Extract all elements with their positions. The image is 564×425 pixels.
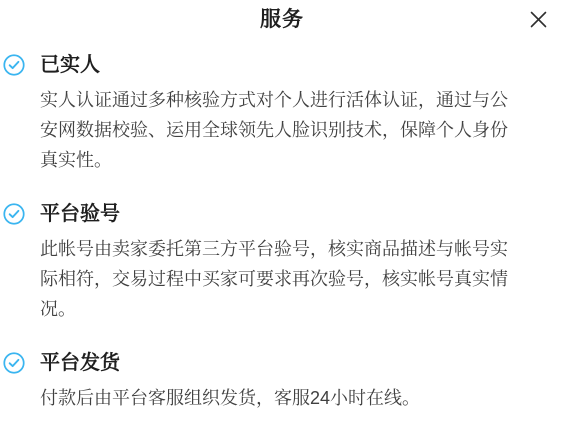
service-item-platform-delivery: 平台发货 付款后由平台客服组织发货，客服24小时在线。: [3, 351, 564, 413]
circle-check-icon: [3, 203, 25, 225]
service-item-verified-person: 已实人 实人认证通过多种核验方式对个人进行活体认证，通过与公安网数据校验、运用全…: [3, 53, 564, 175]
close-button[interactable]: [526, 7, 550, 31]
close-icon: [530, 11, 547, 28]
service-title: 已实人: [40, 53, 564, 77]
dialog-header: 服务: [0, 0, 564, 32]
service-description: 付款后由平台客服组织发货，客服24小时在线。: [40, 383, 512, 413]
service-icon-column: [3, 351, 40, 374]
dialog-title: 服务: [0, 0, 564, 32]
service-item-platform-account-check: 平台验号 此帐号由卖家委托第三方平台验号，核实商品描述与帐号实际相符，交易过程中…: [3, 202, 564, 324]
service-description: 此帐号由卖家委托第三方平台验号，核实商品描述与帐号实际相符，交易过程中买家可要求…: [40, 234, 512, 324]
service-content: 平台验号 此帐号由卖家委托第三方平台验号，核实商品描述与帐号实际相符，交易过程中…: [40, 202, 564, 324]
service-icon-column: [3, 53, 40, 76]
service-title: 平台发货: [40, 351, 564, 375]
service-content: 平台发货 付款后由平台客服组织发货，客服24小时在线。: [40, 351, 564, 413]
service-icon-column: [3, 202, 40, 225]
circle-check-icon: [3, 352, 25, 374]
services-list: 已实人 实人认证通过多种核验方式对个人进行活体认证，通过与公安网数据校验、运用全…: [0, 32, 564, 413]
services-dialog: 服务 已实人 实人认证通过多种核验方式对个人进行活体认证，通过: [0, 0, 564, 425]
service-title: 平台验号: [40, 202, 564, 226]
circle-check-icon: [3, 54, 25, 76]
service-description: 实人认证通过多种核验方式对个人进行活体认证，通过与公安网数据校验、运用全球领先人…: [40, 85, 512, 175]
service-content: 已实人 实人认证通过多种核验方式对个人进行活体认证，通过与公安网数据校验、运用全…: [40, 53, 564, 175]
